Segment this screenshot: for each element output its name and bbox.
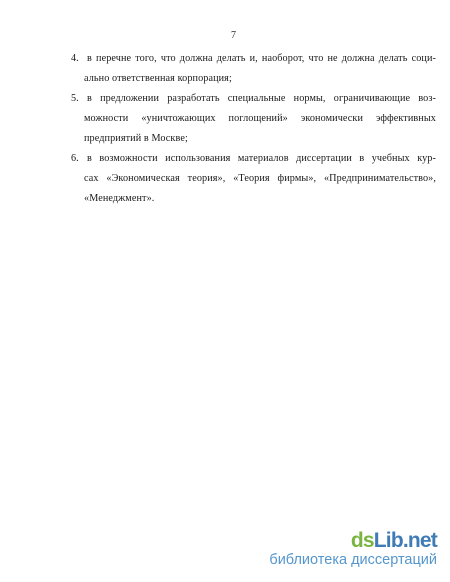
list-item: 4. в перечне того, что должна делать и, … [84,49,436,89]
conclusions-list: 4. в перечне того, что должна делать и, … [84,49,436,209]
list-item-number: 4. [71,49,79,69]
document-page: 7 4. в перечне того, что должна делать и… [0,0,450,582]
text-line: можности «уничтожающих поглощений» эконо… [84,109,436,129]
text-line: предприятий в Москве; [84,129,436,149]
dslib-tagline: библиотека диссертаций [269,553,437,567]
list-item-number: 5. [71,89,79,109]
text-line: сах «Экономическая теория», «Теория фирм… [84,169,436,189]
text-line: «Менеджмент». [84,189,436,209]
list-item-number: 6. [71,149,79,169]
text-line: в предложении разработать специальные но… [84,89,436,109]
logo-ds-part: ds [351,529,374,552]
text-line: ально ответственная корпорация; [84,69,436,89]
text-line: в перечне того, что должна делать и, нао… [84,49,436,69]
logo-libnet-part: Lib.net [374,529,437,552]
dslib-logo-block[interactable]: dsLib.net библиотека диссертаций [269,531,437,567]
page-number: 7 [231,30,236,42]
list-item: 5. в предложении разработать специальные… [84,89,436,149]
text-line: в возможности использования материалов д… [84,149,436,169]
dslib-logo[interactable]: dsLib.net [269,531,437,551]
list-item: 6. в возможности использования материало… [84,149,436,209]
